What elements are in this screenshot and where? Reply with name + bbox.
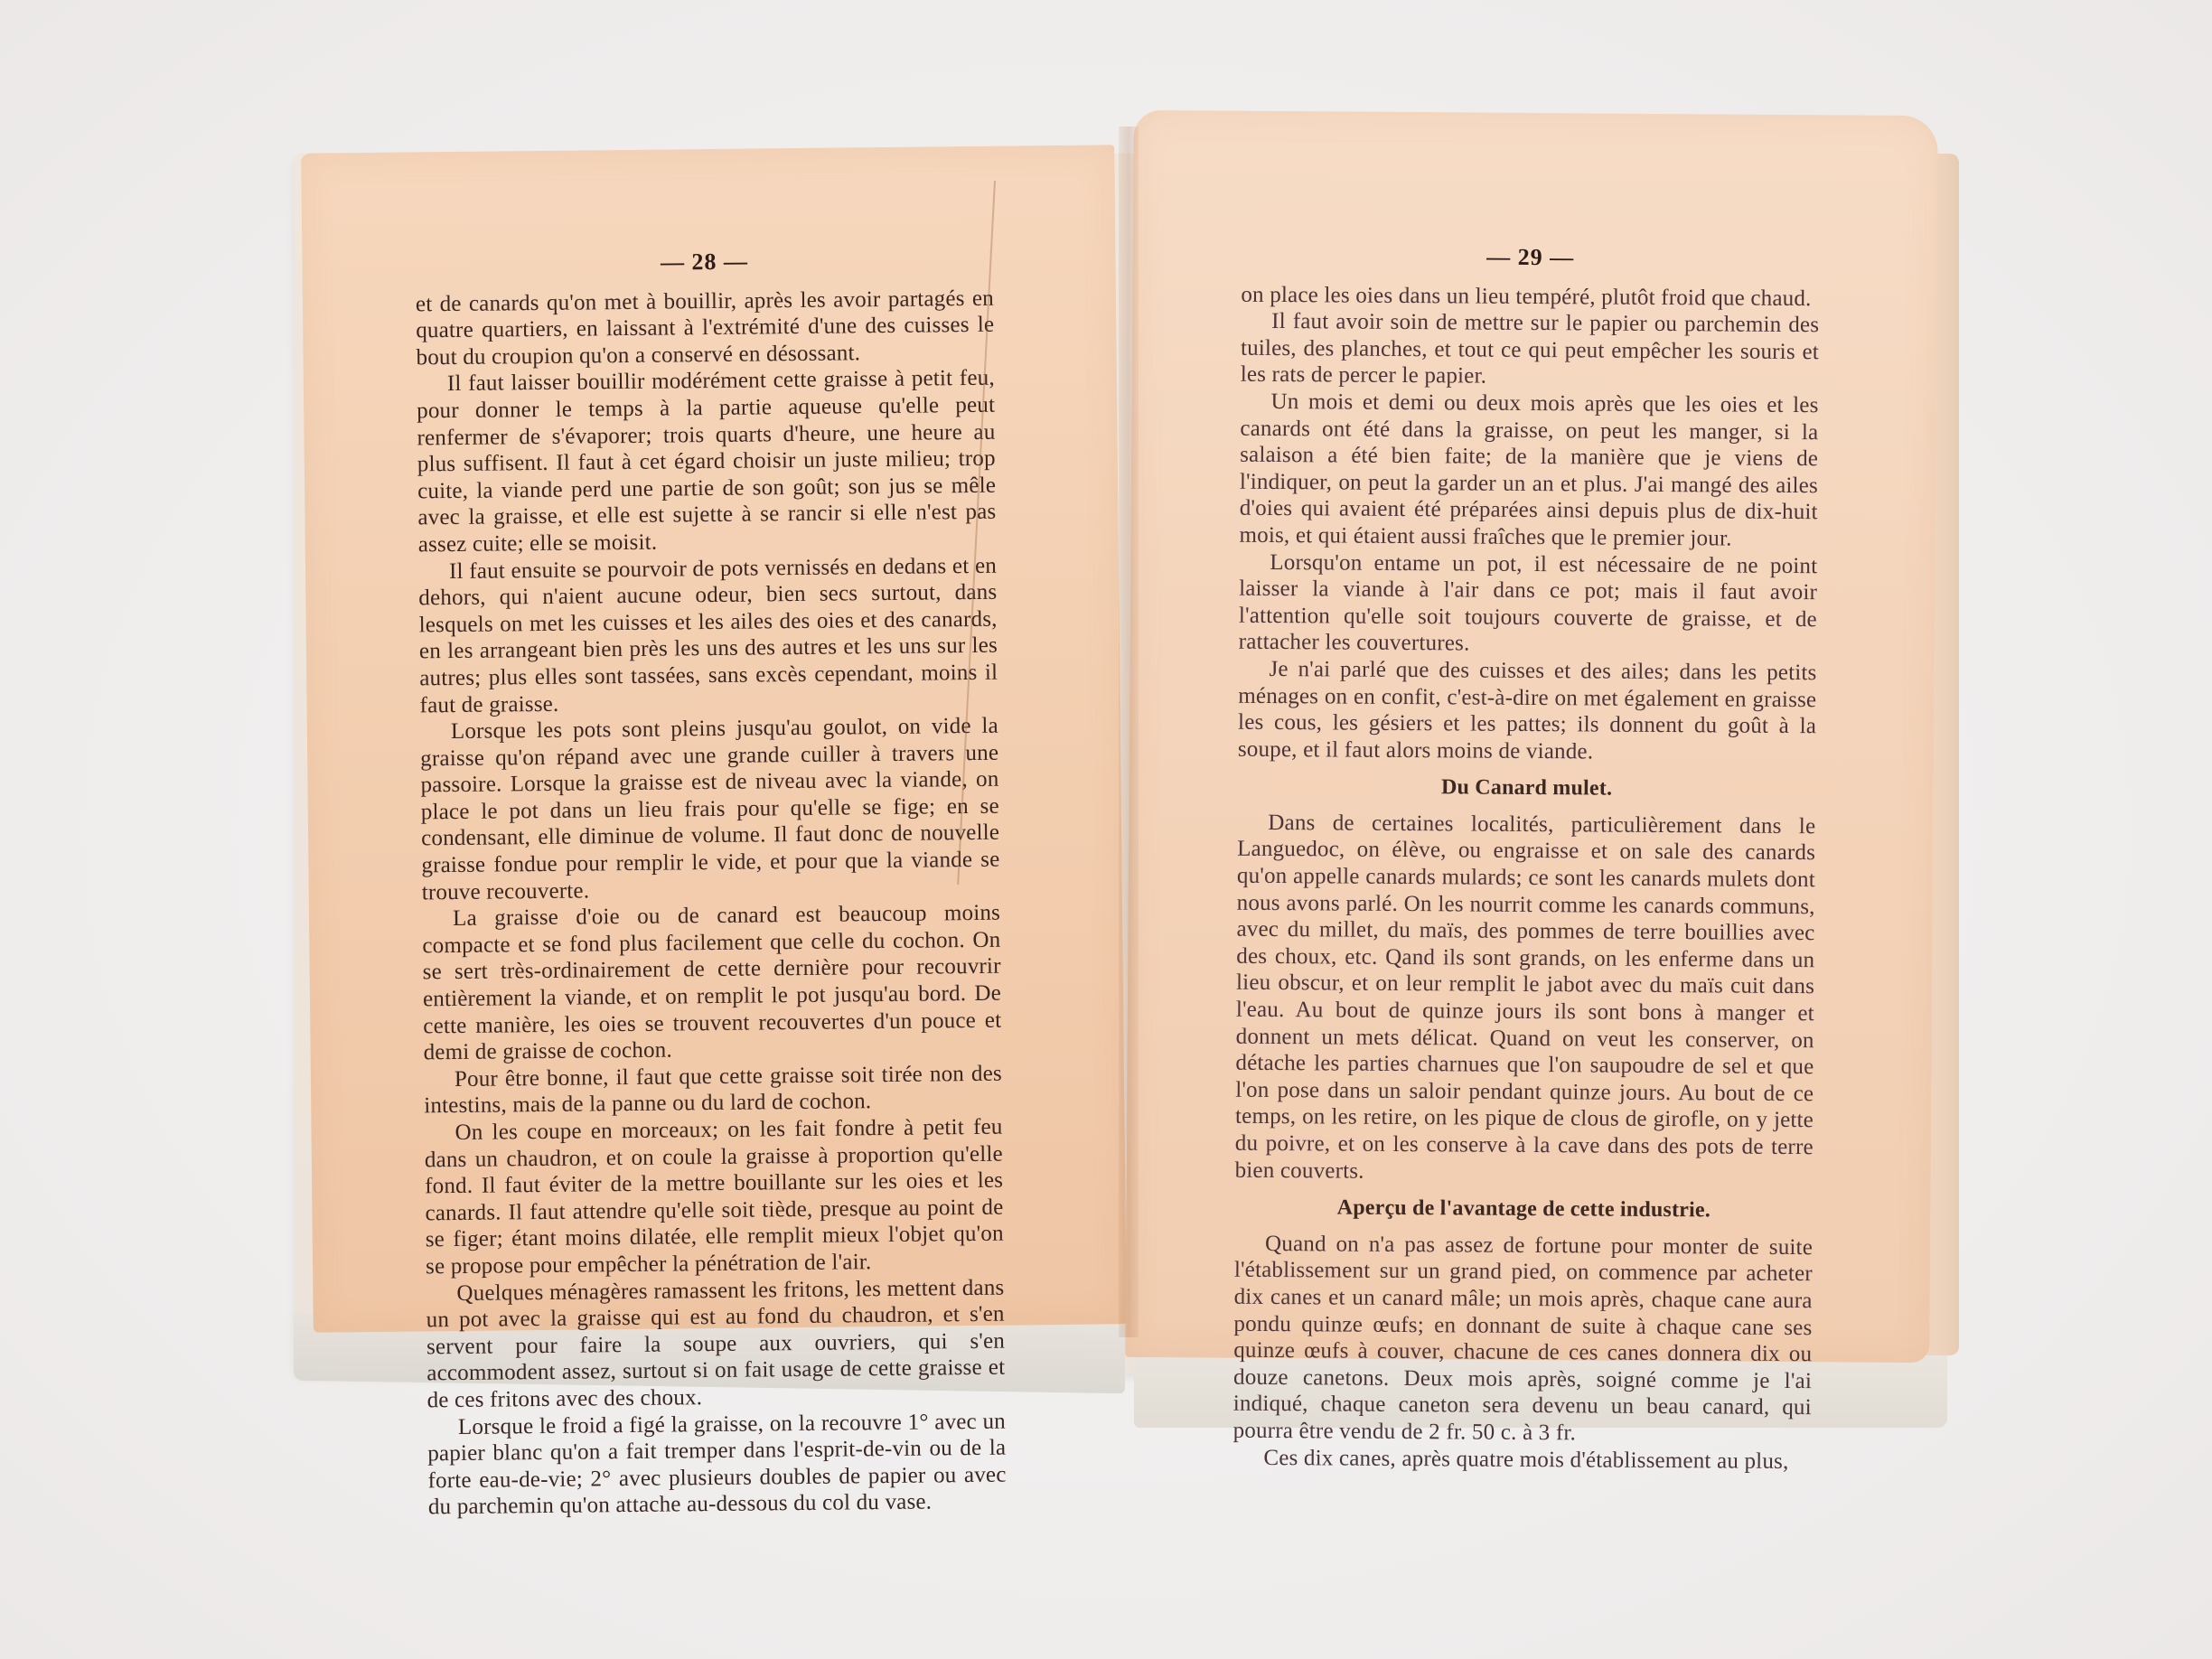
section-heading: Du Canard mulet.: [1237, 773, 1815, 804]
right-page-text: — 29 — on place les oies dans un lieu te…: [1233, 242, 1819, 1476]
paragraph: Lorsqu'on entame un pot, il est nécessai…: [1239, 548, 1818, 660]
paragraph: Lorsque le froid a figé la graisse, on l…: [427, 1408, 1007, 1521]
paragraph: Un mois et demi ou deux mois après que l…: [1239, 389, 1818, 553]
paragraph: Il faut avoir soin de mettre sur le papi…: [1241, 308, 1820, 392]
left-page: — 28 — et de canards qu'on met à bouilli…: [301, 145, 1127, 1332]
paragraph: on place les oies dans un lieu tempéré, …: [1241, 281, 1819, 312]
paragraph: Quand on n'a pas assez de fortune pour m…: [1233, 1230, 1814, 1448]
paragraph: Quelques ménagères ramassent les fritons…: [426, 1274, 1006, 1414]
section-heading: Aperçu de l'avantage de cette industrie.: [1234, 1195, 1813, 1225]
paragraph: Il faut ensuite se pourvoir de pots vern…: [418, 552, 998, 718]
page-number: — 29 —: [1242, 242, 1820, 273]
paragraph: Ces dix canes, après quatre mois d'établ…: [1233, 1444, 1811, 1475]
paragraph: et de canards qu'on met à bouillir, aprè…: [416, 285, 995, 370]
paragraph: Dans de certaines localités, particulièr…: [1235, 810, 1816, 1188]
book-gutter: [1119, 127, 1139, 1337]
page-number: — 28 —: [415, 246, 993, 278]
paragraph: Je n'ai parlé que des cuisses et des ail…: [1238, 656, 1817, 767]
right-page: — 29 — on place les oies dans un lieu te…: [1125, 110, 1938, 1363]
paragraph: Pour être bonne, il faut que cette grais…: [424, 1060, 1003, 1120]
paragraph: Il faut laisser bouillir modérément cett…: [417, 365, 997, 558]
photo-scene: — 28 — et de canards qu'on met à bouilli…: [0, 0, 2212, 1659]
paragraph: La graisse d'oie ou de canard est beauco…: [422, 900, 1002, 1066]
paragraph: On les coupe en morceaux; on les fait fo…: [424, 1114, 1004, 1280]
left-page-text: — 28 — et de canards qu'on met à bouilli…: [415, 246, 1007, 1522]
paragraph: Lorsque les pots sont pleins jusqu'au go…: [420, 713, 1000, 906]
